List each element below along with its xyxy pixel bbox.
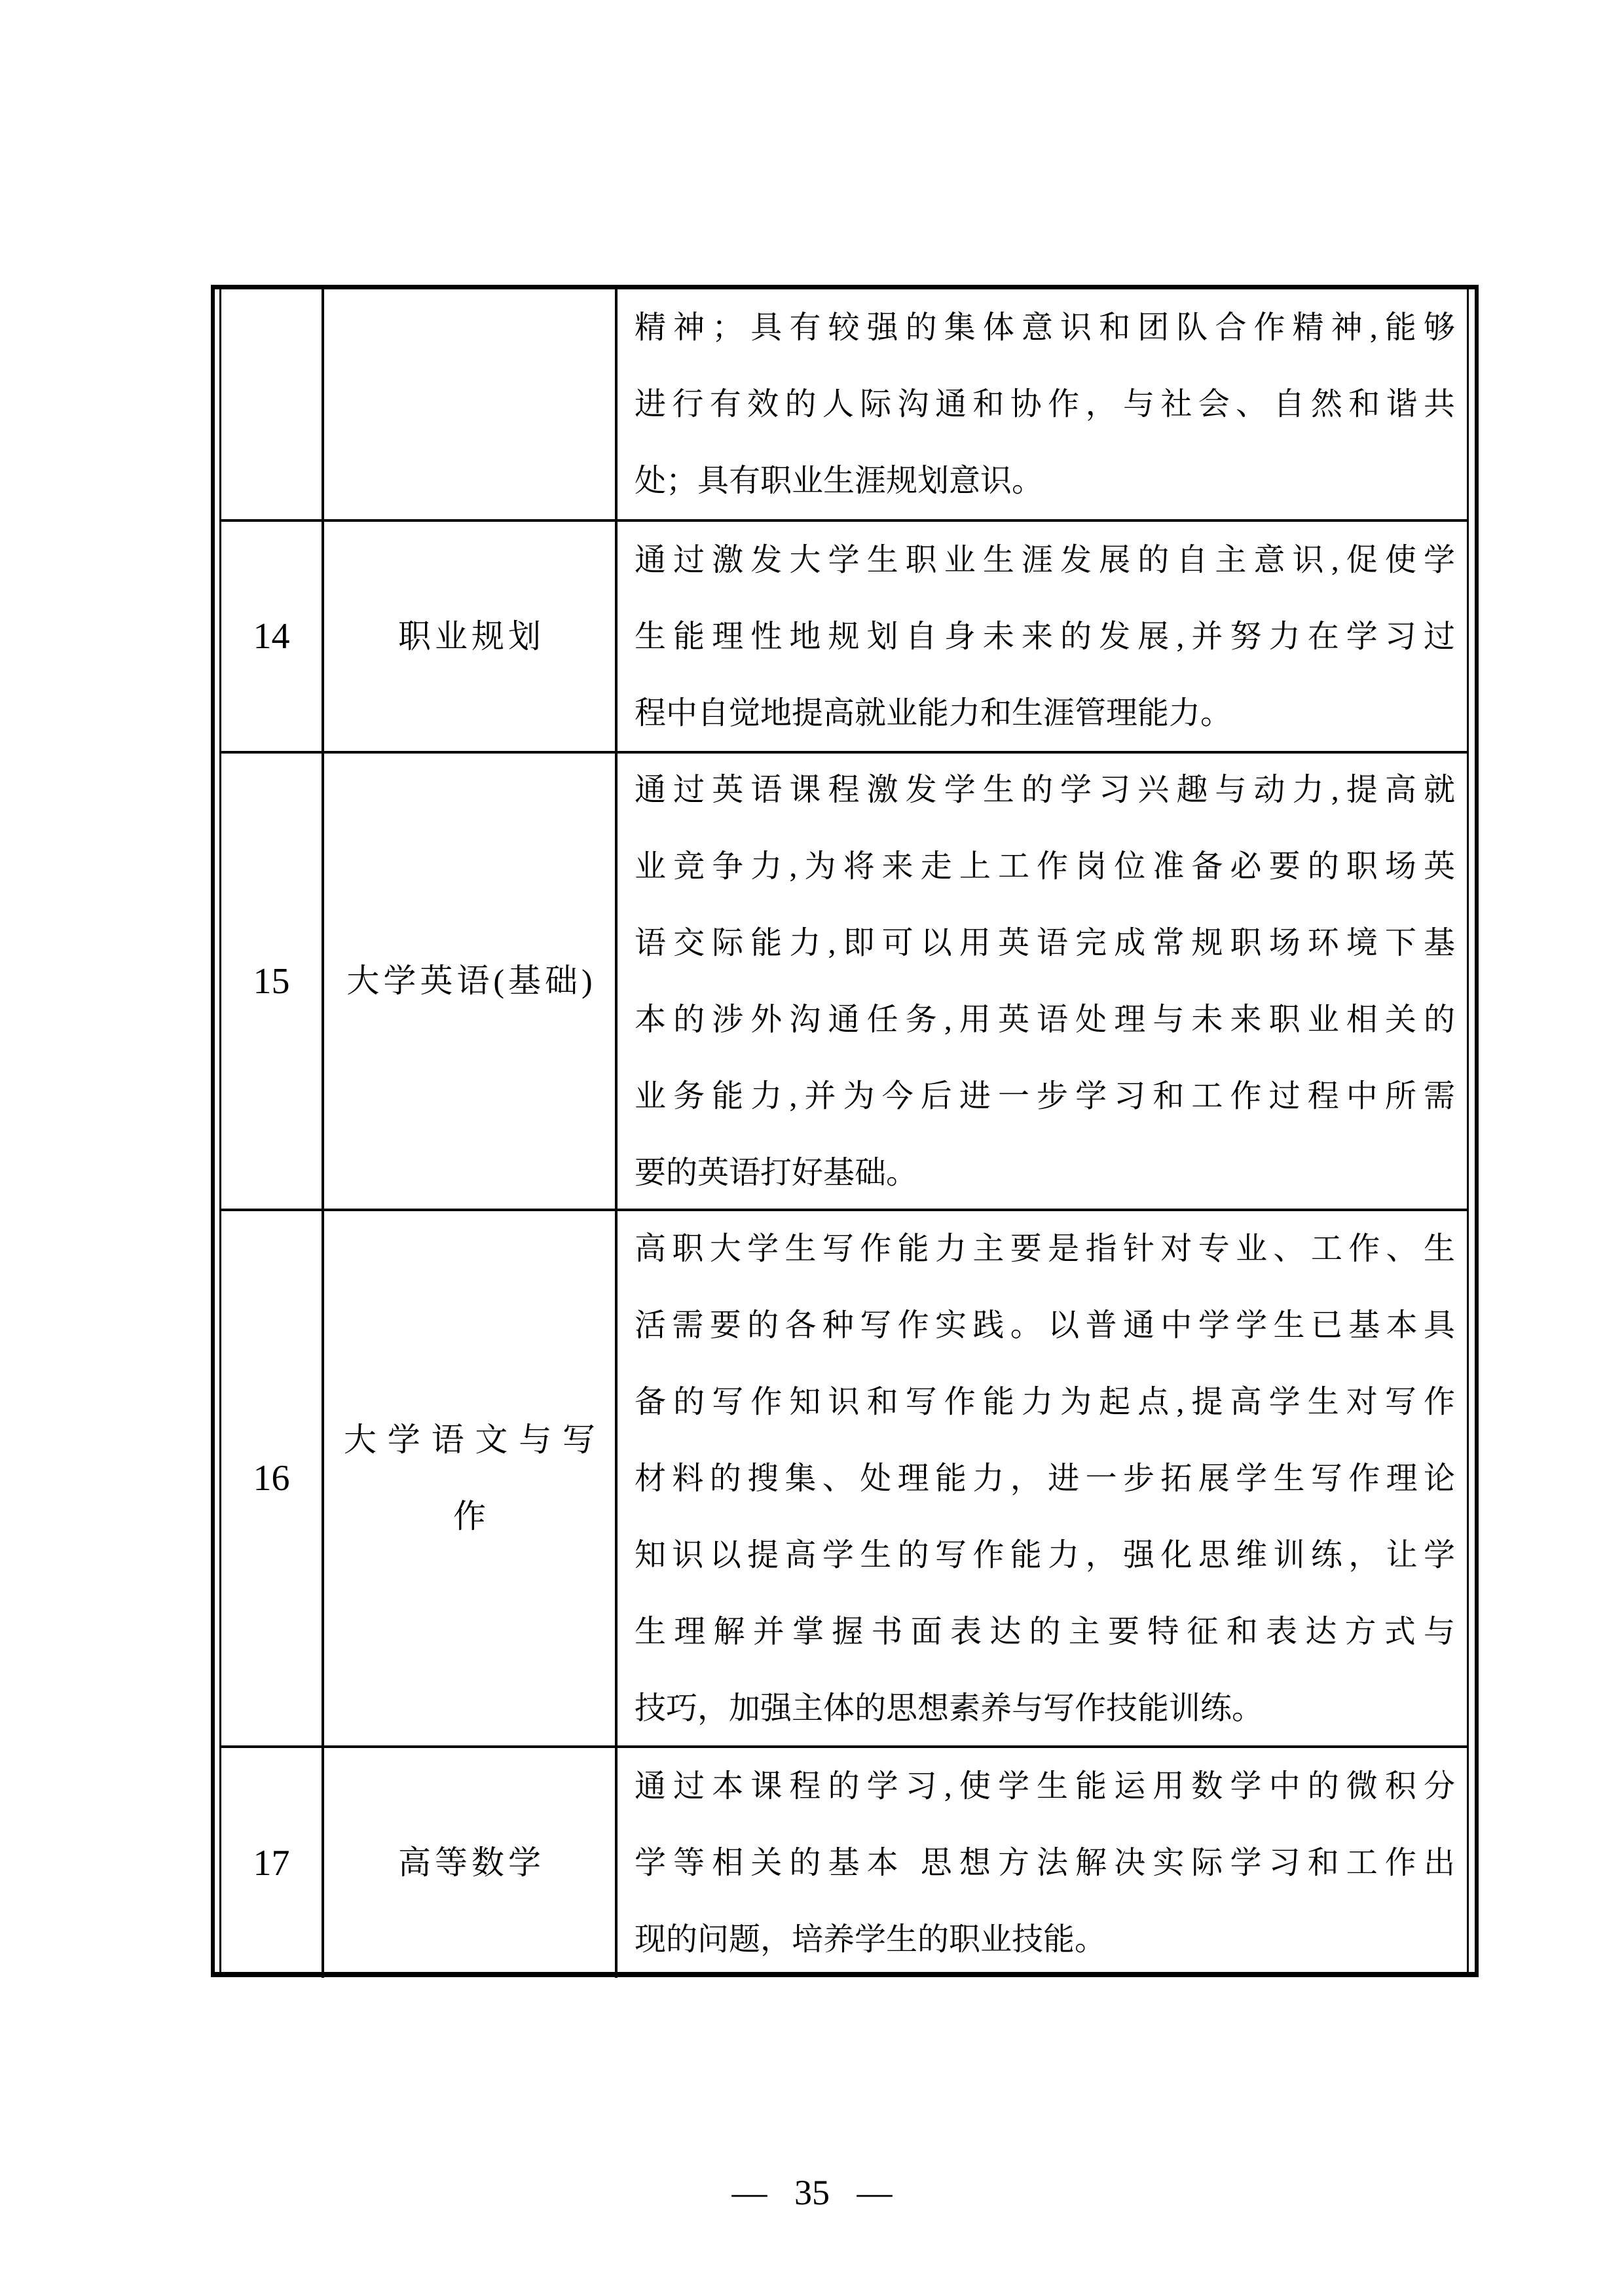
course-name xyxy=(324,289,618,519)
table-left-outer-border xyxy=(211,289,215,1972)
course-description: 通过本课程的学习,使学生能运用数学中的微积分 学等相关的基本 思想方法解决实际学… xyxy=(618,1748,1467,1978)
course-name-line: 作 xyxy=(340,1478,599,1555)
course-name: 大学语文与写 作 xyxy=(324,1211,618,1745)
desc-line: 通过本课程的学习,使学生能运用数学中的微积分 xyxy=(635,1748,1455,1825)
desc-line: 本的涉外沟通任务,用英语处理与未来职业相关的 xyxy=(635,981,1455,1058)
desc-line: 业务能力,并为今后进一步学习和工作过程中所需 xyxy=(635,1058,1455,1135)
desc-line: 语交际能力,即可以用英语完成常规职场环境下基 xyxy=(635,905,1455,981)
desc-line: 技巧，加强主体的思想素养与写作技能训练。 xyxy=(635,1670,1455,1747)
row-number: 17 xyxy=(221,1748,324,1978)
desc-line: 要的英语打好基础。 xyxy=(635,1135,1455,1211)
row-number: 16 xyxy=(221,1211,324,1745)
course-name-line: 职业规划 xyxy=(340,598,599,675)
desc-line: 备的写作知识和写作能力为起点,提高学生对写作 xyxy=(635,1364,1455,1440)
table-right-outer-border xyxy=(1475,289,1479,1972)
table-body: 精神；具有较强的集体意识和团队合作精神,能够 进行有效的人际沟通和协作，与社会、… xyxy=(219,289,1469,1972)
table-row-16: 16 大学语文与写 作 高职大学生写作能力主要是指针对专业、工作、生 活需要的各… xyxy=(221,1211,1467,1748)
desc-line: 生理解并掌握书面表达的主要特征和表达方式与 xyxy=(635,1594,1455,1670)
table-row-14: 14 职业规划 通过激发大学生职业生涯发展的自主意识,促使学 生能理性地规划自身… xyxy=(221,522,1467,754)
table-row-17: 17 高等数学 通过本课程的学习,使学生能运用数学中的微积分 学等相关的基本 思… xyxy=(221,1748,1467,1978)
course-name-line: 高等数学 xyxy=(340,1825,599,1901)
page-number: — 35 — xyxy=(0,2172,1624,2213)
desc-line: 现的问题，培养学生的职业技能。 xyxy=(635,1901,1455,1978)
row-number xyxy=(221,289,324,519)
course-name-line: 大学语文与写 xyxy=(340,1402,599,1478)
course-description: 通过激发大学生职业生涯发展的自主意识,促使学 生能理性地规划自身未来的发展,并努… xyxy=(618,522,1467,751)
desc-line: 程中自觉地提高就业能力和生涯管理能力。 xyxy=(635,675,1455,752)
course-name: 高等数学 xyxy=(324,1748,618,1978)
desc-line: 业竞争力,为将来走上工作岗位准备必要的职场英 xyxy=(635,828,1455,905)
desc-line: 材料的搜集、处理能力，进一步拓展学生写作理论 xyxy=(635,1440,1455,1517)
table-row-continued: 精神；具有较强的集体意识和团队合作精神,能够 进行有效的人际沟通和协作，与社会、… xyxy=(221,289,1467,522)
course-name-line: 大学英语(基础) xyxy=(340,943,599,1019)
desc-line: 通过激发大学生职业生涯发展的自主意识,促使学 xyxy=(635,522,1455,598)
desc-line: 学等相关的基本 思想方法解决实际学习和工作出 xyxy=(635,1825,1455,1901)
desc-line: 处；具有职业生涯规划意识。 xyxy=(635,443,1455,519)
desc-line: 活需要的各种写作实践。以普通中学学生已基本具 xyxy=(635,1287,1455,1364)
course-name: 大学英语(基础) xyxy=(324,754,618,1209)
desc-line: 进行有效的人际沟通和协作，与社会、自然和谐共 xyxy=(635,366,1455,443)
document-page: { "footer": "— 35 —", "table": { "rows":… xyxy=(0,0,1624,2296)
table-row-15: 15 大学英语(基础) 通过英语课程激发学生的学习兴趣与动力,提高就 业竞争力,… xyxy=(221,754,1467,1211)
course-description: 精神；具有较强的集体意识和团队合作精神,能够 进行有效的人际沟通和协作，与社会、… xyxy=(618,289,1467,519)
course-table: 精神；具有较强的集体意识和团队合作精神,能够 进行有效的人际沟通和协作，与社会、… xyxy=(211,285,1479,1977)
desc-line: 精神；具有较强的集体意识和团队合作精神,能够 xyxy=(635,289,1455,366)
row-number: 15 xyxy=(221,754,324,1209)
desc-line: 通过英语课程激发学生的学习兴趣与动力,提高就 xyxy=(635,752,1455,828)
course-name: 职业规划 xyxy=(324,522,618,751)
desc-line: 知识以提高学生的写作能力，强化思维训练，让学 xyxy=(635,1517,1455,1594)
course-description: 通过英语课程激发学生的学习兴趣与动力,提高就 业竞争力,为将来走上工作岗位准备必… xyxy=(618,754,1467,1209)
course-description: 高职大学生写作能力主要是指针对专业、工作、生 活需要的各种写作实践。以普通中学学… xyxy=(618,1211,1467,1745)
desc-line: 生能理性地规划自身未来的发展,并努力在学习过 xyxy=(635,598,1455,675)
desc-line: 高职大学生写作能力主要是指针对专业、工作、生 xyxy=(635,1211,1455,1287)
row-number: 14 xyxy=(221,522,324,751)
